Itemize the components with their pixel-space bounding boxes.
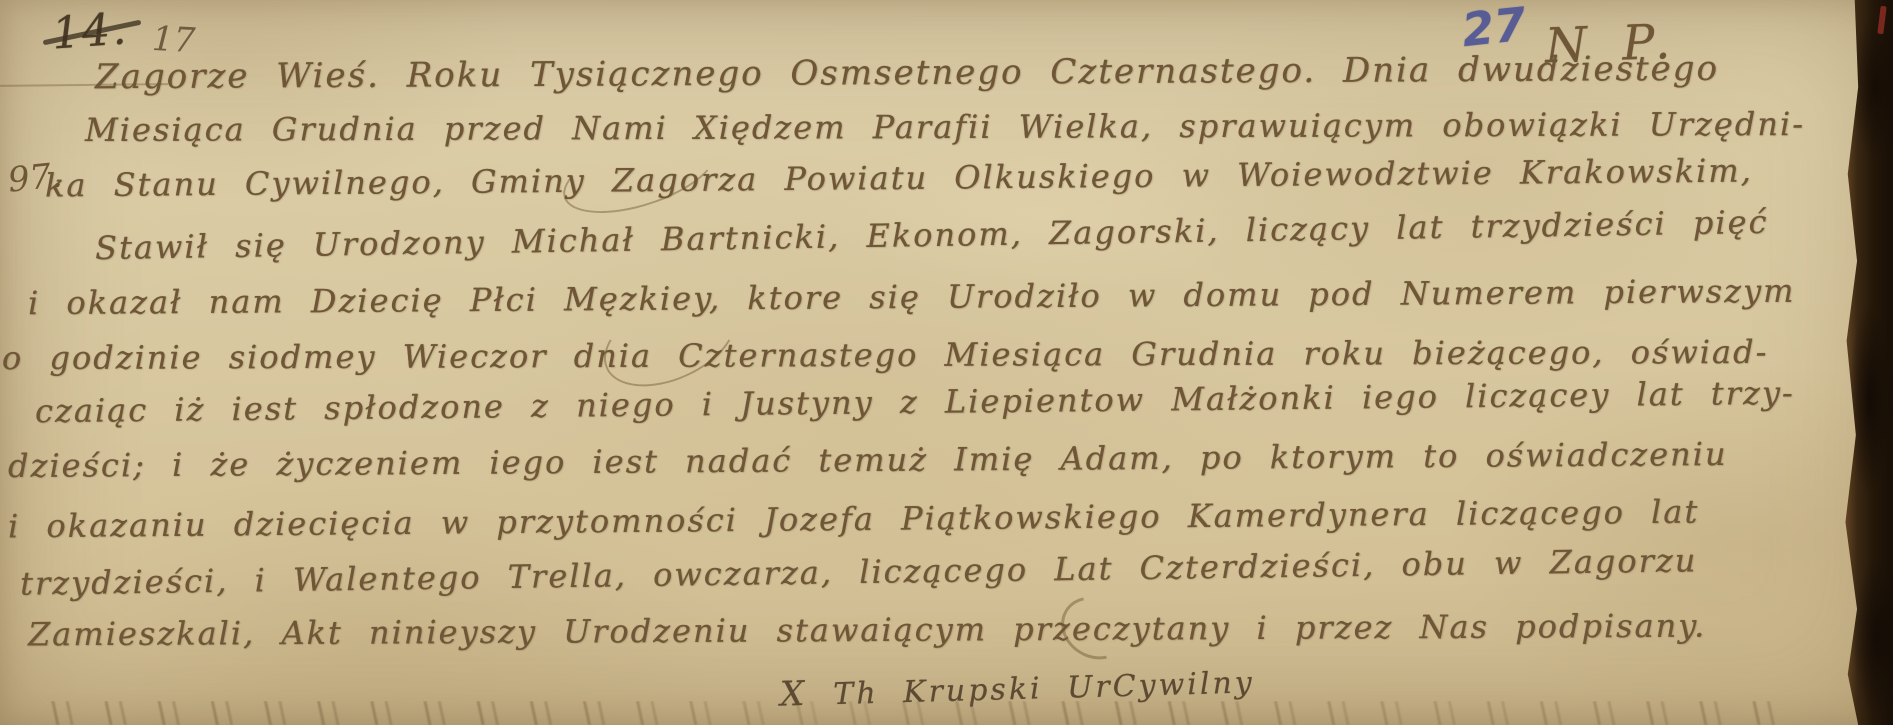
- manuscript-page: 14. 17 27 N P. 97. Zagorze Wieś. Roku Ty…: [0, 0, 1893, 725]
- archival-page-number: 27: [1459, 0, 1528, 57]
- pen-flourish: [1050, 585, 1141, 672]
- record-line: ka Stanu Cywilnego, Gminy Zagorza Powiat…: [45, 152, 1753, 205]
- record-line: dzieści; i że życzeniem iego iest nadać …: [8, 435, 1728, 485]
- record-line: trzydzieści, i Walentego Trella, owczarz…: [20, 541, 1698, 602]
- next-record-partial-line: [40, 701, 1800, 725]
- record-line: czaiąc iż iest spłodzone z niego i Justy…: [35, 374, 1795, 430]
- record-line: i okazał nam Dziecię Płci Męzkiey, ktore…: [28, 272, 1796, 322]
- correction-number: 17: [151, 19, 196, 61]
- record-line: Stawił się Urodzony Michał Bartnicki, Ek…: [95, 203, 1769, 267]
- record-line: Zamieszkali, Akt ninieyszy Urodzeniu sta…: [28, 607, 1706, 654]
- record-line: o godzinie siodmey Wieczor dnia Czternas…: [2, 333, 1768, 377]
- record-line: Zagorze Wieś. Roku Tysiącznego Osmsetneg…: [95, 49, 1719, 98]
- record-line: Miesiąca Grudnia przed Nami Xiędzem Para…: [85, 105, 1805, 149]
- book-binding-edge: [1835, 0, 1893, 725]
- record-line: i okazaniu dziecięcia w przytomności Joz…: [8, 493, 1700, 546]
